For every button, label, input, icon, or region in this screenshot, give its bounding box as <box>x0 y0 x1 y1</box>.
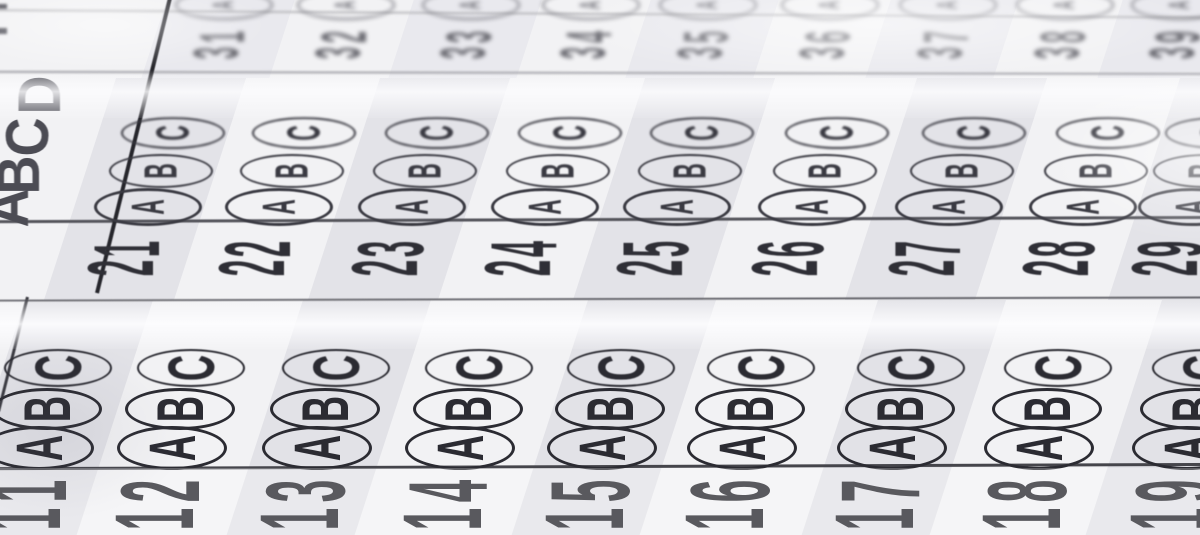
question-number: 17 <box>834 480 916 530</box>
question-number: 19 <box>1129 480 1200 530</box>
question-number: 12 <box>114 480 196 530</box>
question-number: 15 <box>544 480 626 530</box>
question-number-row: 111213141516171819 <box>0 0 1200 535</box>
answer-sheet-photo: DCBA AAAAAAAAA313233343536373839CCCCCCCC… <box>0 0 1200 535</box>
question-number: 16 <box>684 480 766 530</box>
question-number: 11 <box>0 480 63 530</box>
question-number: 18 <box>981 480 1063 530</box>
question-block-bottom: CCCCCCCCCBBBBBBBBBAAAAAAAAA1112131415161… <box>0 0 1200 535</box>
question-number: 13 <box>259 480 341 530</box>
question-number: 14 <box>402 480 484 530</box>
